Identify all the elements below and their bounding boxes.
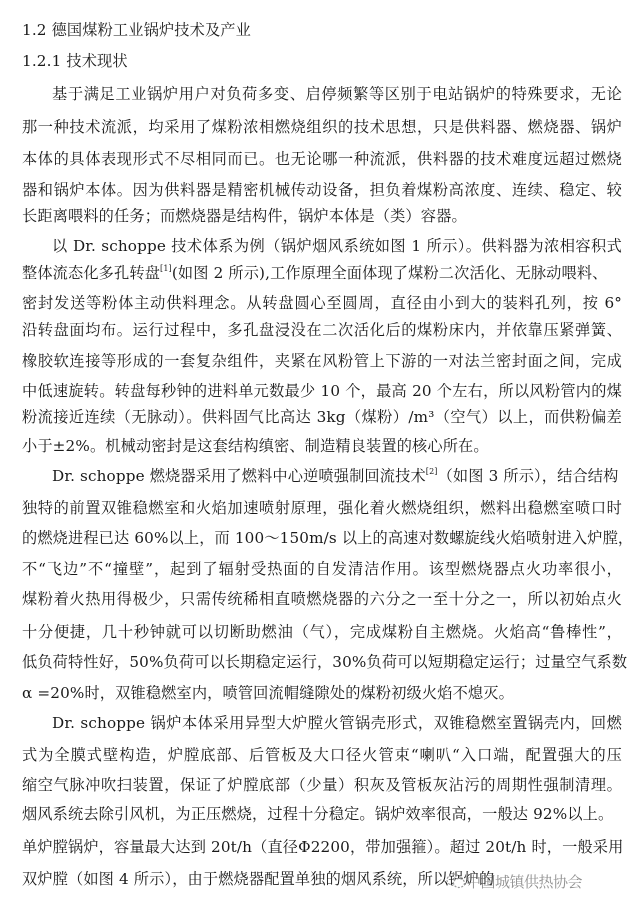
paragraph-line: 不“飞边”不“撞壁”，起到了辐射受热面的自发清洁作用。该型燃烧器点火功率很小， (22, 559, 622, 579)
text-span: （如图 3 所示），结合结构 (438, 467, 619, 485)
paragraph-line: 长距离喂料的任务；而燃烧器是结构件，锅炉本体是（类）容器。 (22, 206, 622, 226)
paragraph-line: 橡胶软连接等形成的一套复杂组件，夹紧在风粉管上下游的一对法兰密封面之间，完成 (22, 351, 622, 371)
paragraph-line: 基于满足工业锅炉用户对负荷多变、启停频繁等区别于电站锅炉的特殊要求，无论 (52, 84, 622, 104)
paragraph-line: Dr. schoppe 锅炉本体采用异型大炉膛火管锅壳形式，双锥稳燃室置锅壳内，… (52, 713, 622, 733)
paragraph-line: 粉流接近连续（无脉动）。供料固气比高达 3kg（煤粉）/m³（空气）以上，而供粉… (22, 407, 622, 427)
text-span: (如图 2 所示),工作原理全面体现了煤粉二次活化、无脉动喂料、 (172, 264, 608, 282)
paragraph-line: 单炉膛锅炉，容量最大达到 20t/h（直径Φ2200，带加强箍）。超过 20t/… (22, 837, 622, 857)
paragraph-line-with-ref: Dr. schoppe 燃烧器采用了燃料中心逆喷强制回流技术[2]（如图 3 所… (52, 466, 622, 486)
paragraph-line: 小于±2%。机械动密封是这套结构缜密、制造精良装置的核心所在。 (22, 436, 622, 456)
paragraph-line: 烟风系统去除引风机，为正压燃烧，过程十分稳定。锅炉效率很高，一般达 92%以上。 (22, 804, 622, 824)
paragraph-line: α =20%时，双锥稳燃室内，喷管回流帽缝隙处的煤粉初级火焰不熄灭。 (22, 683, 622, 703)
paragraph-line: 缩空气脉冲吹扫装置，保证了炉膛底部（少量）积灰及管板灰沾污的周期性强制清理。 (22, 775, 622, 795)
paragraph-line: 中低速旋转。转盘每秒钟的进料单元数最少 10 个，最高 20 个左右，所以风粉管… (22, 381, 622, 401)
citation-ref-2: [2] (426, 467, 438, 476)
paragraph-line: 的燃烧进程已达 60%以上，而 100～150m/s 以上的高速对数螺旋线火焰喷… (22, 528, 622, 548)
subsection-heading: 1.2.1 技术现状 (22, 51, 622, 71)
paragraph-line-with-ref: 整体流态化多孔转盘[1](如图 2 所示),工作原理全面体现了煤粉二次活化、无脉… (22, 263, 622, 283)
paragraph-line: 低负荷特性好，50%负荷可以长期稳定运行，30%负荷可以短期稳定运行；过量空气系… (22, 652, 622, 672)
text-span: Dr. schoppe 燃烧器采用了燃料中心逆喷强制回流技术 (52, 467, 426, 485)
paragraph-line: 十分便捷，几十秒钟就可以切断助燃油（气），完成煤粉自主燃烧。火焰高“鲁棒性”， (22, 622, 622, 642)
paragraph-line: 密封发送等粉体主动供料理念。从转盘圆心至圆周，直径由小到大的装料孔列，按 6° (22, 293, 622, 313)
document-page: 1.2 德国煤粉工业锅炉技术及产业 1.2.1 技术现状 基于满足工业锅炉用户对… (0, 0, 640, 905)
paragraph-line: 独特的前置双锥稳燃室和火焰加速喷射原理，强化着火燃烧组织，燃料出稳燃室喷口时 (22, 498, 622, 518)
paragraph-line: 沿转盘面均布。运行过程中，多孔盘浸没在二次活化后的煤粉床内，并依靠压紧弹簧、 (22, 320, 622, 340)
citation-ref-1: [1] (160, 264, 172, 273)
paragraph-line: 本体的具体表现形式不尽相同而已。也无论哪一种流派，供料器的技术难度远超过燃烧 (22, 149, 622, 169)
section-heading: 1.2 德国煤粉工业锅炉技术及产业 (22, 20, 622, 40)
paragraph-line: 煤粉着火热用得极少，只需传统稀相直喷燃烧器的六分之一至十分之一，所以初始点火 (22, 589, 622, 609)
paragraph-line: 以 Dr. schoppe 技术体系为例（锅炉烟风系统如图 1 所示）。供料器为… (52, 236, 622, 256)
watermark-text: 中国城镇供热协会 (466, 872, 582, 892)
paragraph-line: 器和锅炉本体。因为供料器是精密机械传动设备，担负着煤粉高浓度、连续、稳定、较 (22, 180, 622, 200)
text-span: 整体流态化多孔转盘 (22, 264, 160, 282)
paragraph-line: 式为全膜式壁构造，炉膛底部、后管板及大口径火管束“喇叭“入口端，配置强大的压 (22, 745, 622, 765)
paragraph-line: 那一种技术流派，均采用了煤粉浓相燃烧组织的技术思想，只是供料器、燃烧器、锅炉 (22, 117, 622, 137)
wechat-icon (446, 873, 466, 890)
